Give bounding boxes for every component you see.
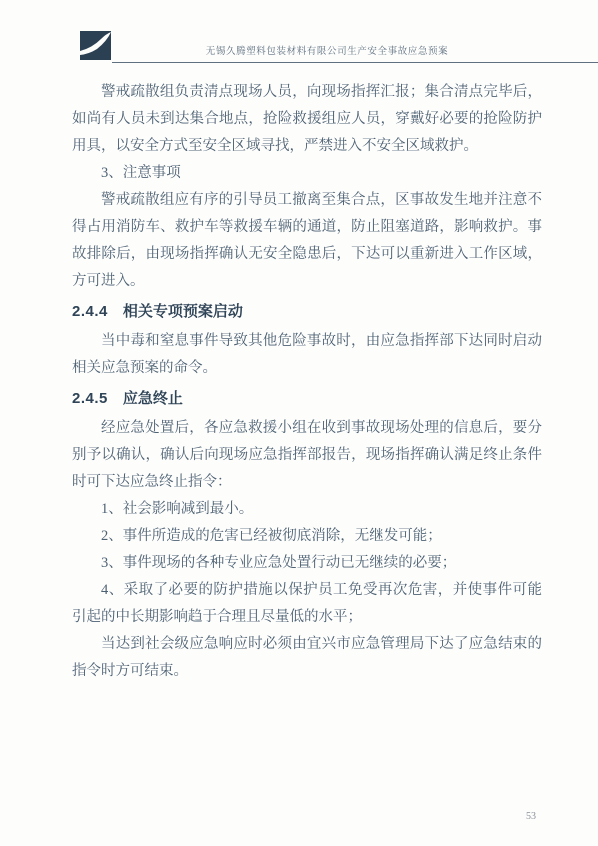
- section-title: 相关专项预案启动: [123, 303, 243, 320]
- section-heading-2-4-5: 2.4.5应急终止: [72, 385, 542, 412]
- section-number: 2.4.4: [72, 303, 108, 320]
- list-item-3: 3、事件现场的各种专业应急处置行动已无继续的必要；: [72, 550, 542, 577]
- paragraph-evacuation-notes: 警戒疏散组应有序的引导员工撤离至集合点，区事故发生地并注意不得占用消防车、救护车…: [72, 187, 542, 295]
- list-heading-notes: 3、注意事项: [72, 160, 542, 187]
- document-body: 警戒疏散组负责清点现场人员，向现场指挥汇报；集合清点完毕后，如尚有人员未到达集合…: [72, 79, 542, 685]
- document-page: 无锡久腾塑料包装材料有限公司生产安全事故应急预案 警戒疏散组负责清点现场人员，向…: [0, 0, 598, 846]
- list-item-2: 2、事件所造成的危害已经被彻底消除，无继发可能；: [72, 523, 542, 550]
- list-item-4: 4、采取了必要的防护措施以保护员工免受再次危害，并使事件可能引起的中长期影响趋于…: [72, 577, 542, 631]
- section-title: 应急终止: [123, 390, 183, 407]
- paragraph-social-response: 当达到社会级应急响应时必须由宜兴市应急管理局下达了应急结束的指令时方可结束。: [72, 631, 542, 685]
- header-rule: [112, 62, 598, 63]
- section-heading-2-4-4: 2.4.4相关专项预案启动: [72, 298, 542, 325]
- section-number: 2.4.5: [72, 390, 108, 407]
- paragraph-evacuation-duty: 警戒疏散组负责清点现场人员，向现场指挥汇报；集合清点完毕后，如尚有人员未到达集合…: [72, 79, 542, 160]
- list-item-1: 1、社会影响减到最小。: [72, 496, 542, 523]
- paragraph-termination-intro: 经应急处置后，各应急救援小组在收到事故现场处理的信息后，要分别予以确认，确认后向…: [72, 415, 542, 496]
- company-logo-icon: [80, 30, 111, 61]
- paragraph-special-plan: 当中毒和窒息事件导致其他危险事故时，由应急指挥部下达同时启动相关应急预案的命令。: [72, 328, 542, 382]
- header-title: 无锡久腾塑料包装材料有限公司生产安全事故应急预案: [112, 43, 542, 57]
- page-number: 53: [526, 811, 536, 822]
